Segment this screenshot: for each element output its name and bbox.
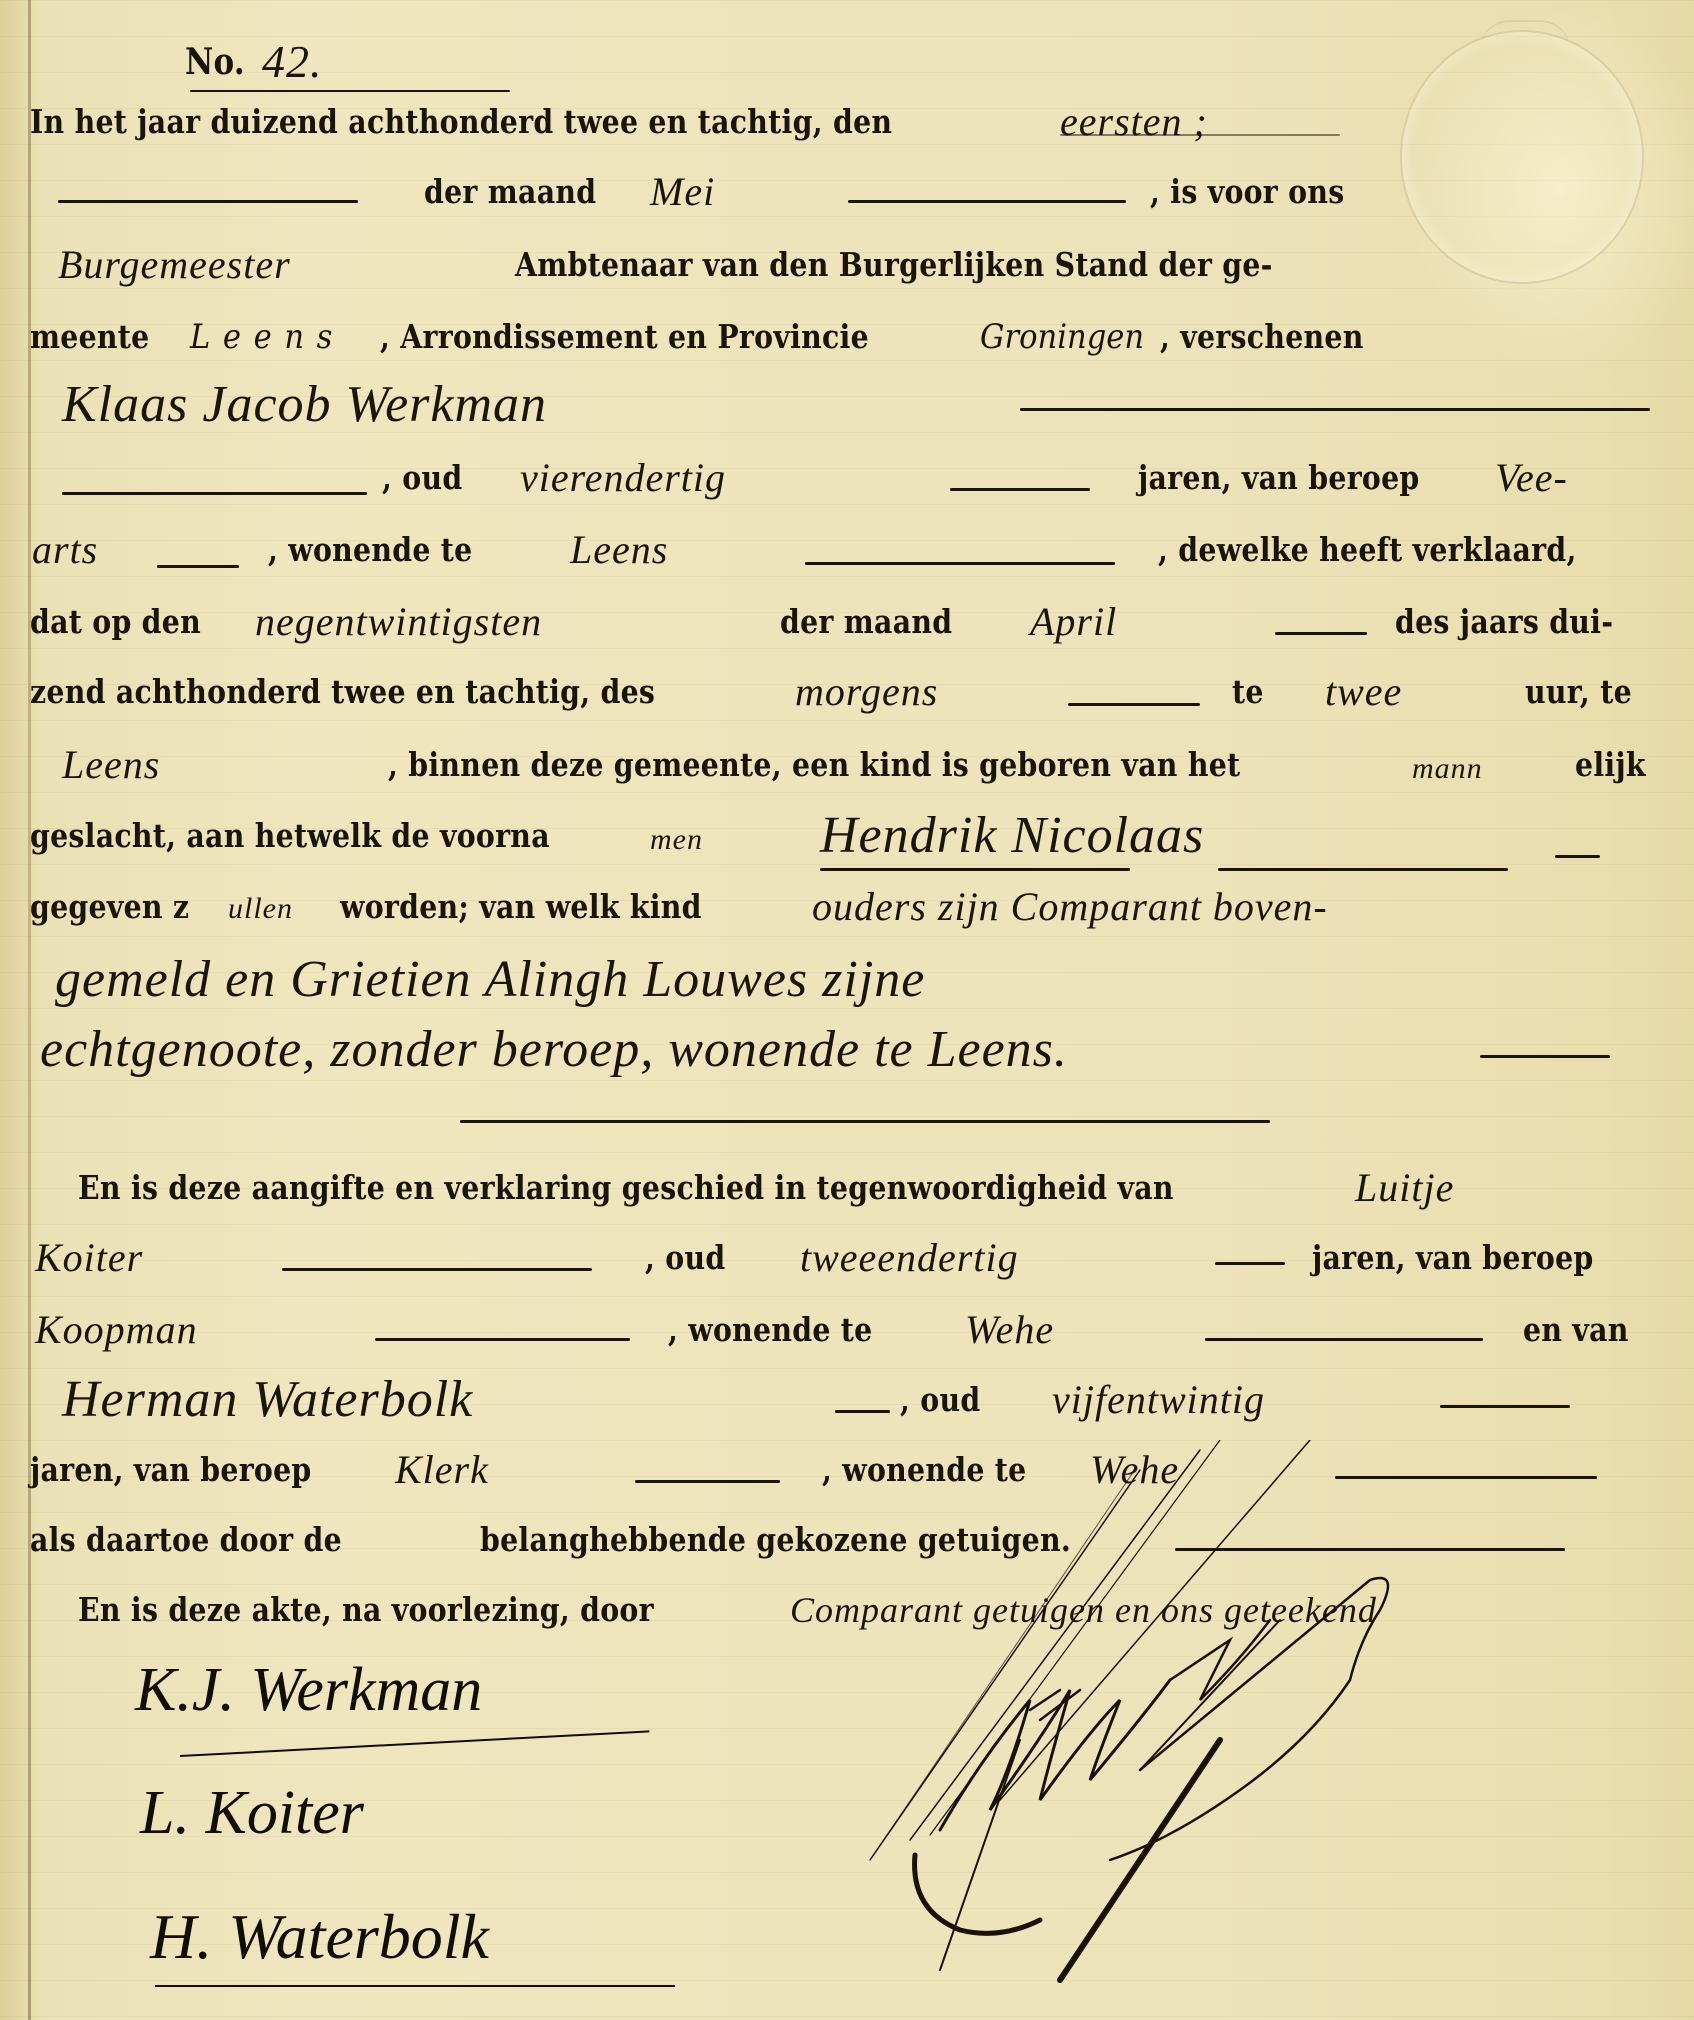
handwritten-birthplace: Leens (62, 735, 160, 795)
handwritten-mother-name: gemeld en Grietien Alingh Louwes zijne (55, 950, 925, 1010)
printed-text: te (1232, 662, 1264, 722)
handwritten-witness1-occupation: Koopman (35, 1300, 198, 1360)
printed-text: , dewelke heeft verklaard, (1158, 520, 1577, 580)
name-underline (1218, 868, 1508, 871)
handwritten-sex: mann (1412, 739, 1483, 799)
margin-fold-line (28, 0, 31, 2020)
birth-certificate-page: No. 42. In het jaar duizend achthonderd … (0, 0, 1694, 2020)
printed-text: zend achthonderd twee en tachtig, des (30, 662, 655, 722)
handwritten-time-of-day: morgens (795, 662, 938, 722)
handwritten-birth-day: negentwintigsten (255, 592, 542, 652)
blank-rule (950, 488, 1090, 491)
blank-rule (1275, 632, 1367, 635)
handwritten-title: Burgemeester (58, 235, 291, 295)
blank-rule (375, 1338, 630, 1341)
handwritten-witness2-name: Herman Waterbolk (62, 1370, 473, 1430)
blank-rule (157, 565, 239, 568)
blank-rule (282, 1268, 592, 1271)
official-signature-flourish (840, 1440, 1540, 2020)
handwritten-declarant-name: Klaas Jacob Werkman (62, 375, 547, 435)
blank-rule (1480, 1055, 1610, 1058)
blank-rule (1215, 1262, 1285, 1265)
blank-rule (848, 200, 1126, 203)
printed-text: gegeven z (30, 877, 189, 937)
blank-rule (58, 200, 358, 203)
blank-rule (1440, 1405, 1570, 1408)
handwritten-witness1-age: tweeendertig (800, 1228, 1019, 1288)
printed-text: als daartoe door de (30, 1510, 342, 1570)
blank-rule (805, 562, 1115, 565)
printed-text: jaren, van beroep (30, 1440, 312, 1500)
number-value: 42. (262, 32, 323, 92)
blank-rule (1020, 408, 1650, 411)
printed-text: jaren, van beroep (1138, 448, 1420, 508)
printed-text: des jaars dui- (1395, 592, 1613, 652)
blank-rule (635, 1480, 780, 1483)
printed-text: En is deze akte, na voorlezing, door (78, 1580, 654, 1640)
municipality-name: Leens (190, 307, 345, 367)
handwritten-witness2-age: vijfentwintig (1052, 1370, 1265, 1430)
handwritten-age: vierendertig (520, 448, 726, 508)
handwritten-birth-month: April (1030, 592, 1117, 652)
signature-underline (180, 1730, 649, 1757)
printed-text: En is deze aangifte en verklaring geschi… (78, 1158, 1174, 1218)
handwritten-residence: Leens (570, 520, 668, 580)
printed-text: jaren, van beroep (1312, 1228, 1594, 1288)
handwritten-mother-details: echtgenoote, zonder beroep, wonende te L… (40, 1020, 1068, 1080)
blank-rule (1205, 1338, 1483, 1341)
handwritten-day: eersten ; (1060, 92, 1208, 152)
section-divider (460, 1120, 1270, 1123)
handwritten-witness1-firstname: Luitje (1355, 1158, 1454, 1218)
printed-text: , oud (900, 1370, 980, 1430)
handwritten-text: men (650, 810, 703, 870)
printed-text: , verschenen (1160, 307, 1364, 367)
number-label: No. (185, 32, 245, 92)
handwritten-witness1-residence: Wehe (965, 1300, 1054, 1360)
signature-waterbolk: H. Waterbolk (150, 1900, 489, 1974)
handwritten-hour: twee (1325, 662, 1402, 722)
printed-text: , oud (645, 1228, 725, 1288)
blank-rule (62, 492, 367, 495)
name-underline (820, 868, 1130, 871)
handwritten-witness2-occupation: Klerk (395, 1440, 489, 1500)
blank-rule (1555, 855, 1600, 858)
handwritten-occupation: Vee- (1495, 448, 1568, 508)
printed-text: , wonende te (668, 1300, 872, 1360)
handwritten-witness1-surname: Koiter (35, 1228, 143, 1288)
printed-text: , oud (382, 448, 462, 508)
printed-text: der maand (424, 162, 596, 222)
handwritten-parents: ouders zijn Comparant boven- (812, 877, 1328, 937)
printed-text: elijk (1575, 735, 1646, 795)
handwritten-text: ullen (228, 879, 293, 939)
printed-text: geslacht, aan hetwelk de voorna (30, 806, 550, 866)
signature-underline (155, 1985, 675, 1987)
handwritten-child-names: Hendrik Nicolaas (820, 806, 1204, 866)
fill-line (1060, 134, 1340, 136)
signature-werkman: K.J. Werkman (135, 1655, 482, 1726)
printed-text: In het jaar duizend achthonderd twee en … (30, 92, 892, 152)
printed-text: meente (30, 307, 149, 367)
signature-koiter: L. Koiter (140, 1778, 364, 1849)
province-name: Groningen (980, 307, 1144, 367)
printed-text: der maand (780, 592, 952, 652)
printed-text: , Arrondissement en Provincie (380, 307, 869, 367)
printed-text: en van (1523, 1300, 1629, 1360)
handwritten-occupation-cont: arts (32, 520, 98, 580)
printed-text: , binnen deze gemeente, een kind is gebo… (388, 735, 1240, 795)
printed-text: , is voor ons (1150, 162, 1344, 222)
printed-text: Ambtenaar van den Burgerlijken Stand der… (515, 235, 1273, 295)
printed-text: uur, te (1525, 662, 1632, 722)
handwritten-month: Mei (650, 162, 715, 222)
printed-text: dat op den (30, 592, 201, 652)
blank-rule (1068, 703, 1200, 706)
printed-text: worden; van welk kind (340, 877, 702, 937)
embossed-seal (1400, 30, 1644, 284)
printed-text: , wonende te (268, 520, 472, 580)
blank-rule (835, 1410, 890, 1413)
